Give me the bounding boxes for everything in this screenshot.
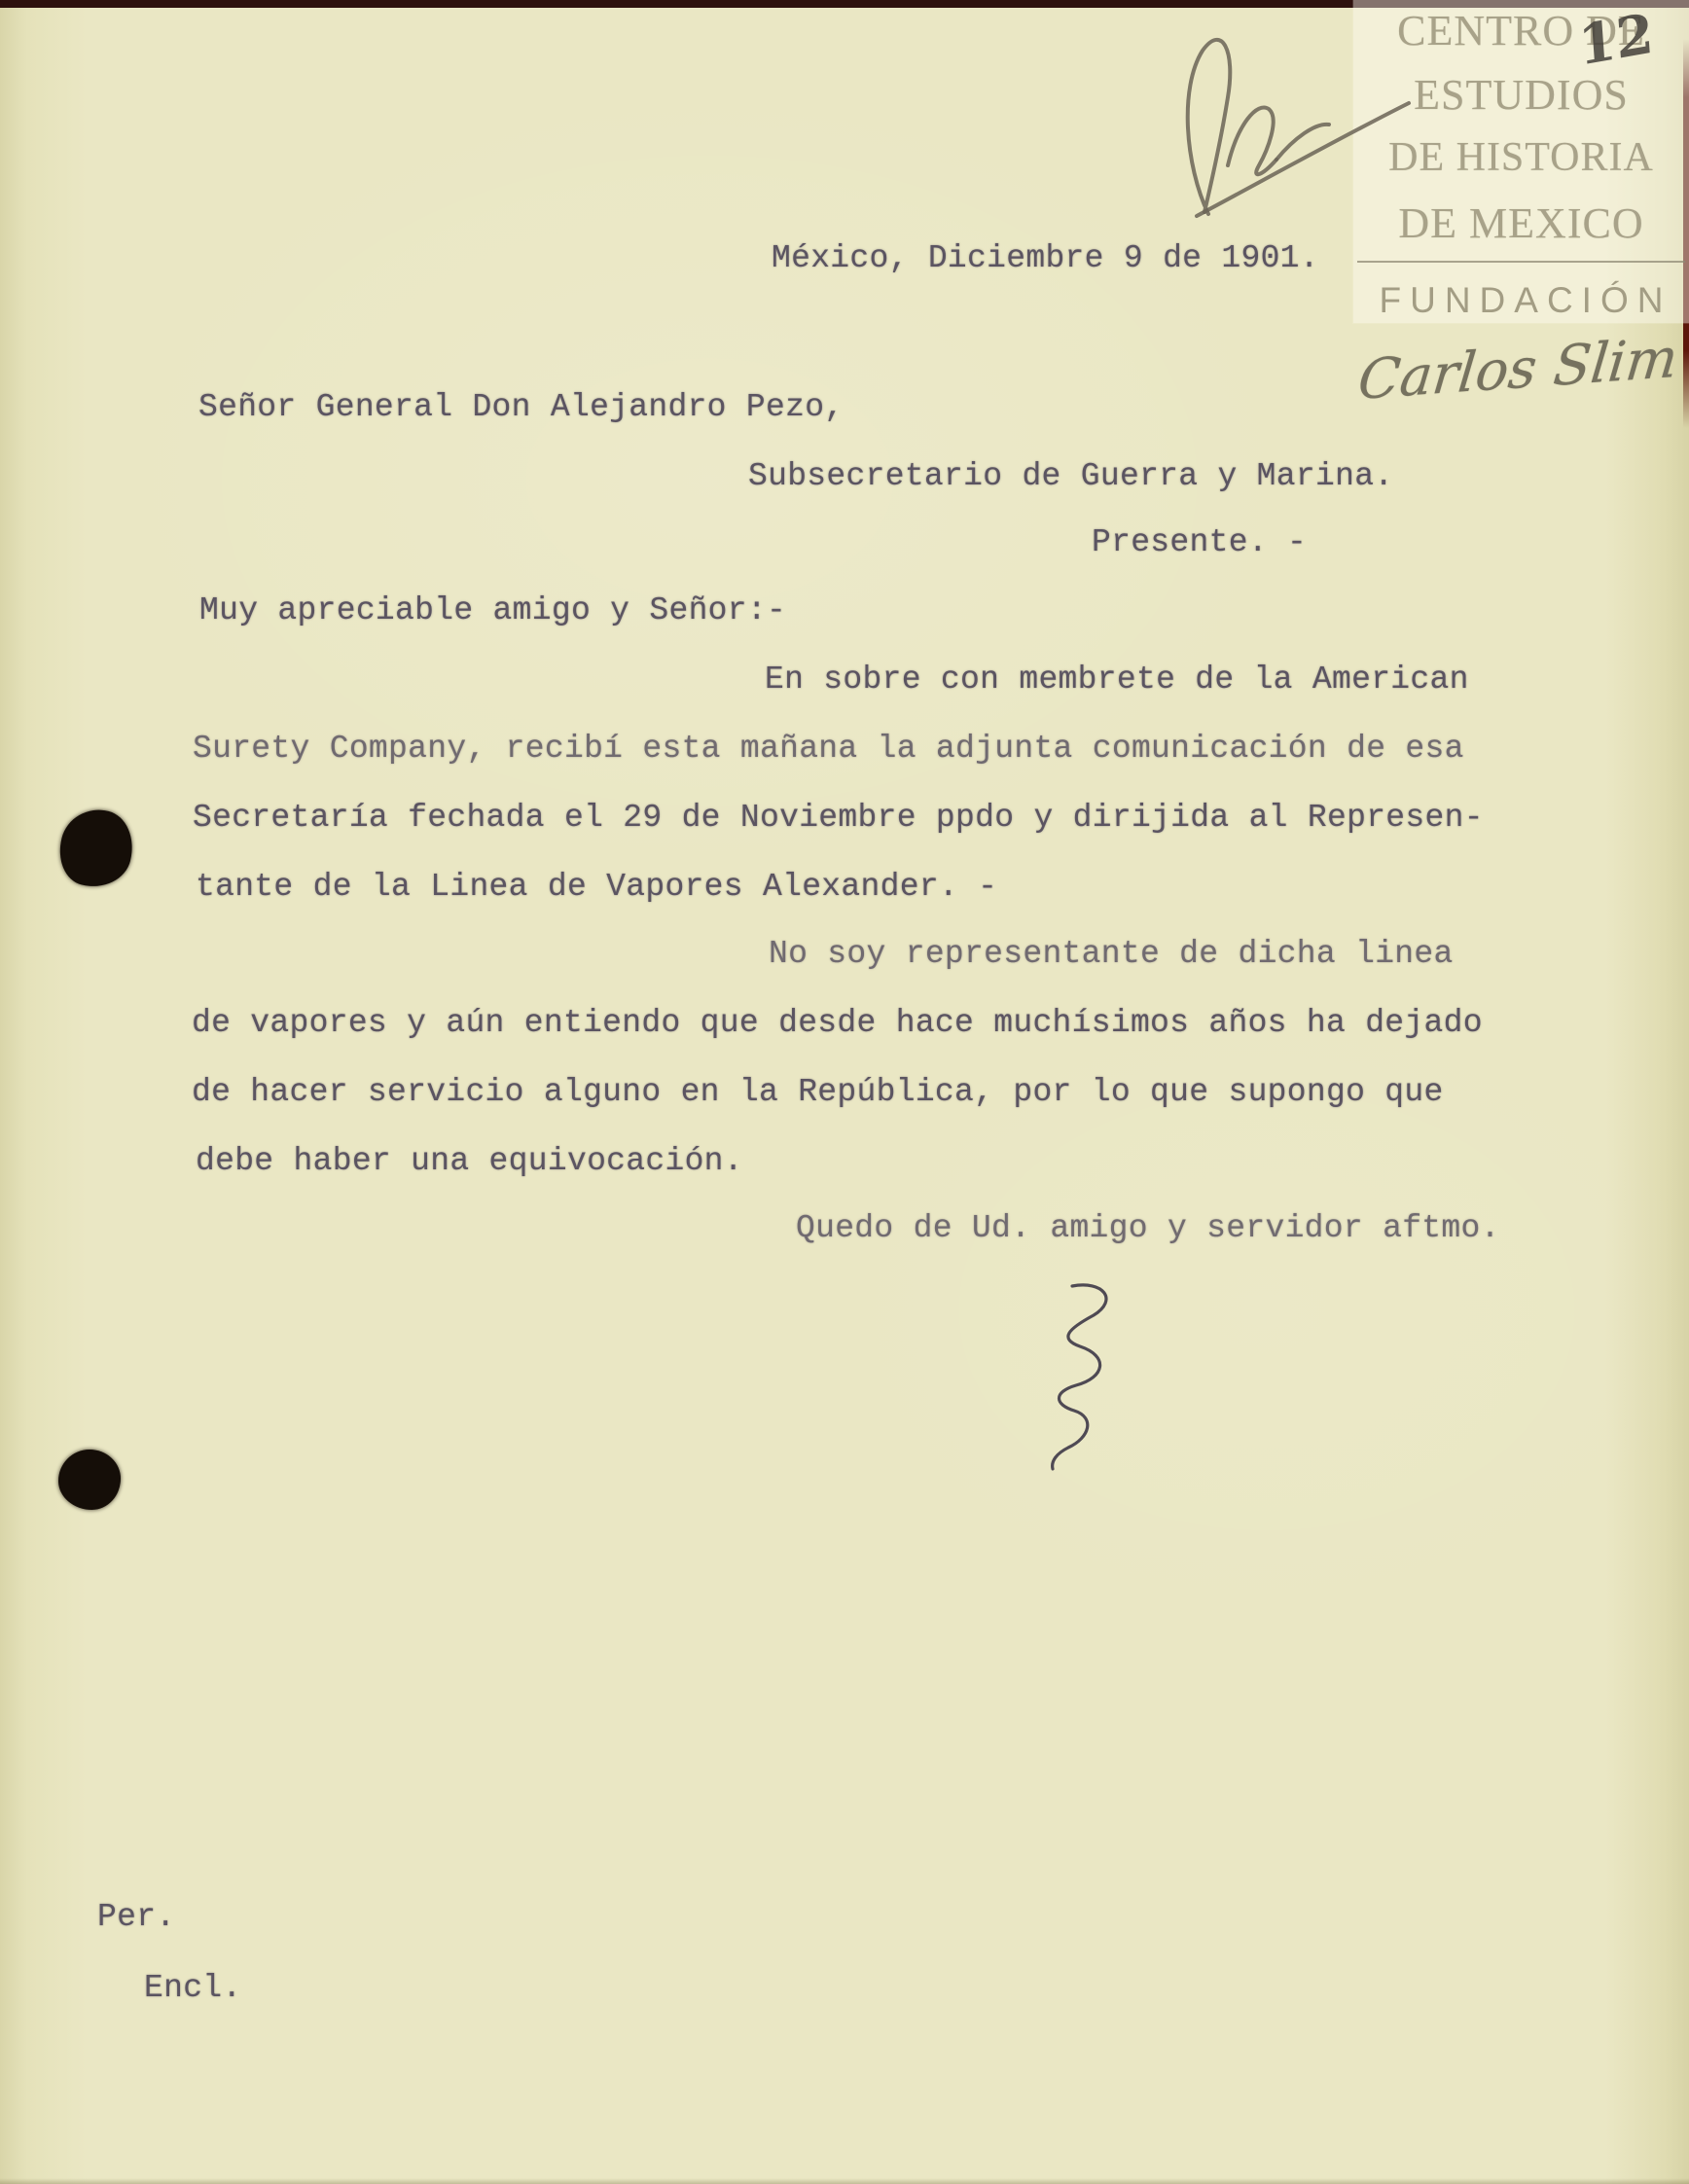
pencil-page-number: 12	[1576, 1, 1655, 79]
letter-addressee: Señor General Don Alejandro Pezo,	[198, 390, 844, 425]
watermark-divider	[1357, 261, 1685, 263]
watermark-line-2: ESTUDIOS	[1353, 70, 1689, 120]
signature-flourish	[1053, 1285, 1106, 1469]
para1-line3: Secretaría fechada el 29 de Noviembre pp…	[193, 801, 1484, 836]
watermark-line-3: DE HISTORIA	[1353, 134, 1689, 181]
watermark-carlos-slim-script: Carlos Slim	[1355, 328, 1663, 412]
para2-line2: de vapores y aún entiendo que desde hace…	[192, 1006, 1483, 1041]
letter-dateline: México, Diciembre 9 de 1901.	[772, 241, 1319, 276]
para1-line4: tante de la Linea de Vapores Alexander. …	[196, 870, 997, 905]
hole-punch-bottom	[58, 1450, 121, 1510]
letter-closing: Quedo de Ud. amigo y servidor aftmo.	[796, 1211, 1500, 1246]
scan-edge-bottom	[0, 2178, 1689, 2184]
para2-line4: debe haber una equivocación.	[196, 1144, 743, 1179]
hole-punch-top	[52, 802, 140, 895]
para2-line1: No soy representante de dicha linea	[769, 937, 1454, 972]
para2-line3: de hacer servicio alguno en la República…	[192, 1075, 1444, 1110]
letter-addressee-title: Subsecretario de Guerra y Marina.	[748, 459, 1393, 494]
scanned-letter-page: CENTRO DE ESTUDIOS DE HISTORIA DE MEXICO…	[0, 0, 1689, 2184]
watermark-line-4: DE MEXICO	[1353, 198, 1689, 248]
para1-line2: Surety Company, recibí esta mañana la ad…	[193, 732, 1464, 767]
letter-presente: Presente. -	[1092, 525, 1307, 560]
letter-salutation: Muy apreciable amigo y Señor:-	[199, 593, 786, 628]
footer-per: Per.	[97, 1900, 175, 1935]
footer-encl: Encl.	[144, 1971, 242, 2006]
watermark-foundation: FUNDACIÓN	[1353, 280, 1689, 321]
para1-line1: En sobre con membrete de la American	[765, 662, 1469, 698]
